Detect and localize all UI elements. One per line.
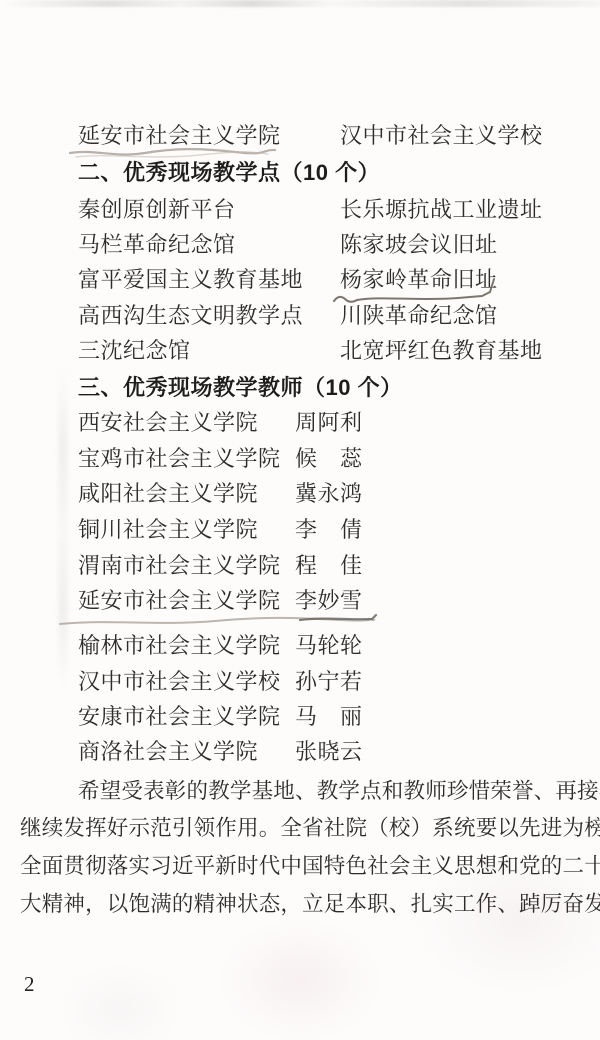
teaching-point-name: 川陕革命纪念馆 [340,302,498,330]
award-pair-row: 秦创原创新平台 长乐塬抗战工业遗址 [78,196,590,226]
institution-name: 延安市社会主义学院 [78,587,281,615]
award-pair-row: 延安市社会主义学院 汉中市社会主义学校 [78,122,590,152]
scan-smudge-artifact [0,860,600,1040]
scan-top-edge-artifact [0,0,600,7]
award-pair-row: 宝鸡市社会主义学院 候 蕊 [78,445,590,475]
award-pair-row: 商洛社会主义学院 张晓云 [78,738,590,768]
teacher-name: 李 倩 [295,516,363,544]
teacher-name: 孙宁若 [295,668,363,696]
award-pair-row: 马栏革命纪念馆 陈家坡会议旧址 [78,231,590,261]
section-3-title: 三、优秀现场教学教师（10 个） [78,373,590,405]
teacher-name: 周阿利 [295,409,363,437]
teaching-point-name: 三沈纪念馆 [78,337,191,365]
institution-name: 商洛社会主义学院 [78,738,258,766]
teaching-point-name: 长乐塬抗战工业遗址 [340,196,543,224]
institution-name: 延安市社会主义学院 [78,122,281,150]
institution-name: 汉中市社会主义学校 [340,122,543,150]
section-2-title: 二、优秀现场教学点（10 个） [78,158,590,190]
award-pair-row: 富平爱国主义教育基地 杨家岭革命旧址 [78,266,590,296]
institution-name: 宝鸡市社会主义学院 [78,445,281,473]
page-number: 2 [24,972,35,997]
teaching-point-name: 杨家岭革命旧址 [340,266,498,294]
closing-paragraph-line: 全面贯彻落实习近平新时代中国特色社会主义思想和党的二十 [20,851,592,881]
teaching-point-name: 北宽坪红色教育基地 [340,337,543,365]
teaching-point-name: 陈家坡会议旧址 [340,231,498,259]
award-pair-row: 榆林市社会主义学院 马轮轮 [78,632,590,662]
award-pair-row: 延安市社会主义学院 李妙雪 [78,587,590,617]
institution-name: 铜川社会主义学院 [78,516,258,544]
teaching-point-name: 高西沟生态文明教学点 [78,302,303,330]
teacher-name: 候 蕊 [295,445,363,473]
teaching-point-name: 富平爱国主义教育基地 [78,266,303,294]
award-pair-row: 汉中市社会主义学校 孙宁若 [78,668,590,698]
award-pair-row: 咸阳社会主义学院 冀永鸿 [78,480,590,510]
scan-crease-artifact [58,370,68,690]
teaching-point-name: 秦创原创新平台 [78,196,236,224]
institution-name: 渭南市社会主义学院 [78,552,281,580]
closing-paragraph-line: 希望受表彰的教学基地、教学点和教师珍惜荣誉、再接再厉， [20,776,592,806]
teaching-point-name: 马栏革命纪念馆 [78,231,236,259]
award-pair-row: 西安社会主义学院 周阿利 [78,409,590,439]
institution-name: 安康市社会主义学院 [78,703,281,731]
pencil-underline-yanan-top-echo [76,152,268,157]
pencil-underline-yanan-limiaoxue [60,618,374,624]
award-pair-row: 三沈纪念馆 北宽坪红色教育基地 [78,337,590,367]
award-pair-row: 渭南市社会主义学院 程 佳 [78,552,590,582]
teacher-name: 程 佳 [295,552,363,580]
teacher-name: 马轮轮 [295,632,363,660]
institution-name: 咸阳社会主义学院 [78,480,258,508]
award-pair-row: 高西沟生态文明教学点 川陕革命纪念馆 [78,302,590,332]
teacher-name: 李妙雪 [295,587,363,615]
award-pair-row: 安康市社会主义学院 马 丽 [78,703,590,733]
institution-name: 西安社会主义学院 [78,409,258,437]
award-pair-row: 铜川社会主义学院 李 倩 [78,516,590,546]
closing-paragraph-line: 继续发挥好示范引领作用。全省社院（校）系统要以先进为榜样， [20,813,592,843]
institution-name: 汉中市社会主义学校 [78,668,281,696]
teacher-name: 马 丽 [295,703,363,731]
teacher-name: 张晓云 [295,738,363,766]
closing-paragraph-line: 大精神，以饱满的精神状态，立足本职、扎实工作、踔厉奋发、 [20,889,592,919]
scanned-document-page: 延安市社会主义学院 汉中市社会主义学校 二、优秀现场教学点（10 个） 秦创原创… [0,0,600,1040]
institution-name: 榆林市社会主义学院 [78,632,281,660]
teacher-name: 冀永鸿 [295,480,363,508]
